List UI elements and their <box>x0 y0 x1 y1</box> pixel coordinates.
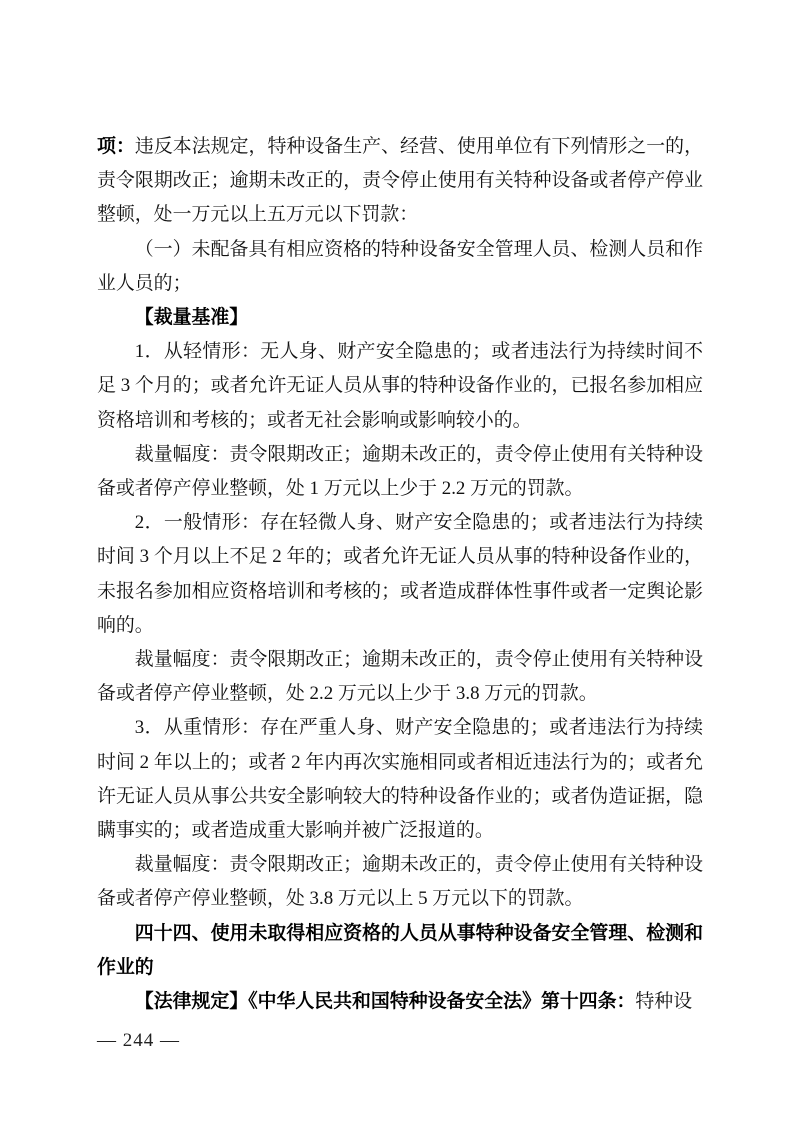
bold-text-segment: 四十四、使用未取得相应资格的人员从事特种设备安全管理、检测和作业的 <box>97 923 703 978</box>
page-number-footer: — 244 — <box>97 1030 180 1052</box>
text-segment: 1．从轻情形：无人身、财产安全隐患的；或者违法行为持续时间不足 3 个月的；或者… <box>97 341 703 430</box>
paragraph: 裁量幅度：责令限期改正；逾期未改正的，责令停止使用有关特种设备或者停产停业整顿，… <box>97 438 703 506</box>
paragraph: 裁量幅度：责令限期改正；逾期未改正的，责令停止使用有关特种设备或者停产停业整顿，… <box>97 848 703 916</box>
text-segment: 特种设 <box>635 991 692 1012</box>
text-segment: 违反本法规定，特种设备生产、经营、使用单位有下列情形之一的，责令限期改正；逾期未… <box>97 136 703 225</box>
paragraph: 项：违反本法规定，特种设备生产、经营、使用单位有下列情形之一的，责令限期改正；逾… <box>97 130 703 233</box>
text-segment: 3．从重情形：存在严重人身、财产安全隐患的；或者违法行为持续时间 2 年以上的；… <box>97 717 703 841</box>
bold-text-segment: 【裁量基准】 <box>135 307 248 328</box>
page-number: — 244 — <box>97 1030 180 1051</box>
section-heading: 四十四、使用未取得相应资格的人员从事特种设备安全管理、检测和作业的 <box>97 917 703 985</box>
paragraph: 2．一般情形：存在轻微人身、财产安全隐患的；或者违法行为持续时间 3 个月以上不… <box>97 506 703 643</box>
paragraph: 3．从重情形：存在严重人身、财产安全隐患的；或者违法行为持续时间 2 年以上的；… <box>97 711 703 848</box>
paragraph: 【裁量基准】 <box>97 301 703 335</box>
paragraph: （一）未配备具有相应资格的特种设备安全管理人员、检测人员和作业人员的； <box>97 233 703 301</box>
text-segment: 裁量幅度：责令限期改正；逾期未改正的，责令停止使用有关特种设备或者停产停业整顿，… <box>97 854 703 909</box>
document-page: 项：违反本法规定，特种设备生产、经营、使用单位有下列情形之一的，责令限期改正；逾… <box>0 0 793 1122</box>
paragraph: 裁量幅度：责令限期改正；逾期未改正的，责令停止使用有关特种设备或者停产停业整顿，… <box>97 643 703 711</box>
text-segment: 裁量幅度：责令限期改正；逾期未改正的，责令停止使用有关特种设备或者停产停业整顿，… <box>97 444 703 499</box>
bold-text-segment: 项： <box>97 136 135 157</box>
document-body: 项：违反本法规定，特种设备生产、经营、使用单位有下列情形之一的，责令限期改正；逾… <box>97 130 703 1019</box>
text-segment: 2．一般情形：存在轻微人身、财产安全隐患的；或者违法行为持续时间 3 个月以上不… <box>97 512 703 636</box>
paragraph: 【法律规定】《中华人民共和国特种设备安全法》第十四条：特种设 <box>97 985 703 1019</box>
bold-text-segment: 【法律规定】《中华人民共和国特种设备安全法》第十四条： <box>135 991 636 1012</box>
paragraph: 1．从轻情形：无人身、财产安全隐患的；或者违法行为持续时间不足 3 个月的；或者… <box>97 335 703 438</box>
text-segment: 裁量幅度：责令限期改正；逾期未改正的，责令停止使用有关特种设备或者停产停业整顿，… <box>97 649 703 704</box>
text-segment: （一）未配备具有相应资格的特种设备安全管理人员、检测人员和作业人员的； <box>97 239 703 294</box>
